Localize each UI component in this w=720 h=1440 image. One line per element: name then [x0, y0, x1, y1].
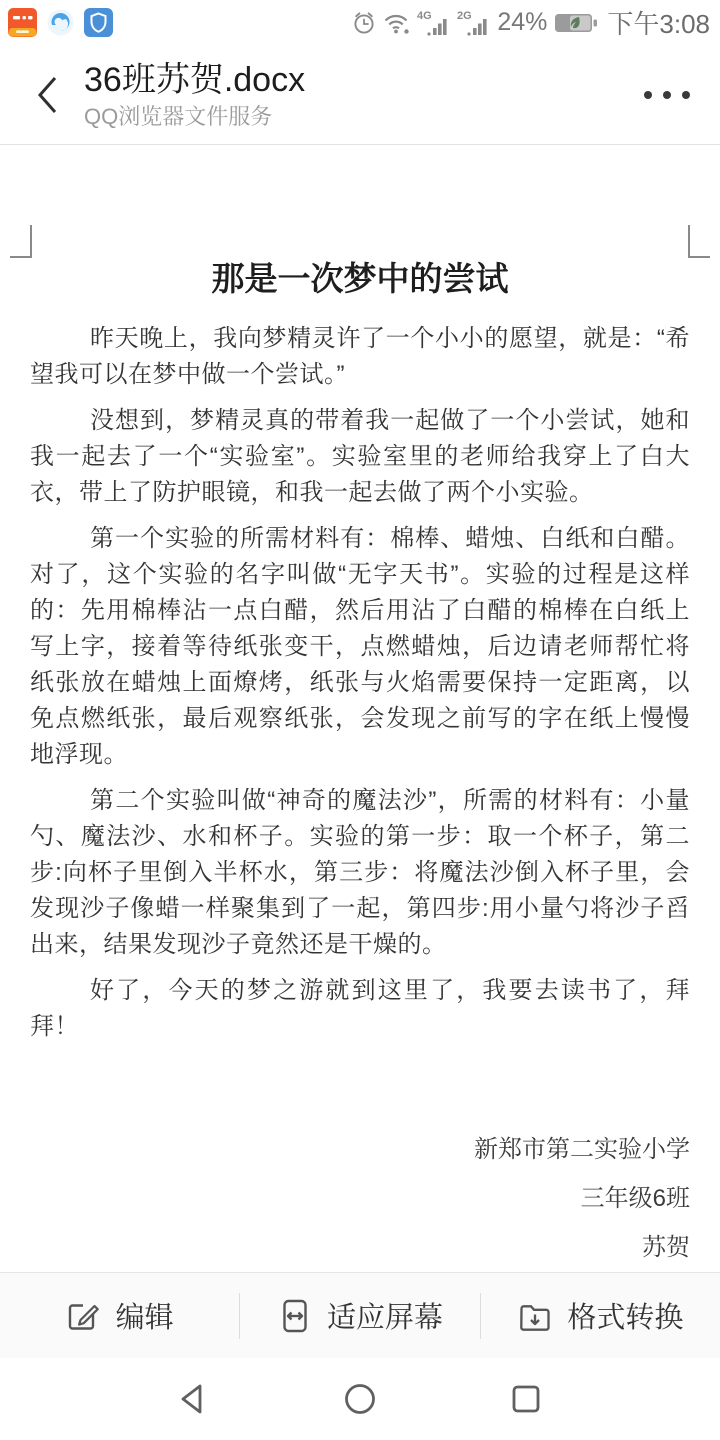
edit-button[interactable]: 编辑: [0, 1273, 239, 1358]
file-viewer-header: 36班苏贺.docx QQ浏览器文件服务: [0, 45, 720, 145]
edit-pencil-icon: [66, 1298, 102, 1334]
sim2-network-label: 2G: [457, 10, 472, 22]
android-nav-bar: [0, 1358, 720, 1440]
file-title-block: 36班苏贺.docx QQ浏览器文件服务: [84, 59, 634, 130]
status-indicators: 4G 2G 24% 下午3:08: [352, 4, 710, 41]
status-bar: 4G 2G 24% 下午3:08: [0, 0, 720, 45]
news-app-icon: [8, 8, 37, 37]
back-button[interactable]: [34, 73, 64, 117]
clock-time: 下午3:08: [607, 4, 710, 41]
essay-paragraph: 没想到，梦精灵真的带着我一起做了一个小尝试，她和我一起去了一个“实验室”。实验室…: [30, 403, 690, 511]
browser-app-icon: [46, 8, 75, 37]
security-shield-app-icon: [84, 8, 113, 37]
signal-sim2-icon: 2G: [457, 9, 490, 36]
sim1-network-label: 4G: [417, 10, 432, 22]
edit-label: 编辑: [116, 1295, 174, 1336]
format-convert-icon: [517, 1298, 553, 1334]
ellipsis-icon: [644, 91, 652, 99]
essay-signature: 新郑市第二实验小学 三年级6班 苏贺: [0, 1125, 720, 1272]
essay-title: 那是一次梦中的尝试: [30, 259, 690, 299]
signal-sim1-icon: 4G: [417, 9, 450, 36]
nav-home-button[interactable]: [340, 1379, 380, 1419]
file-name: 36班苏贺.docx: [84, 59, 634, 101]
notification-icons: [8, 8, 113, 37]
battery-saver-icon: [554, 11, 598, 35]
file-source-subtitle: QQ浏览器文件服务: [84, 104, 634, 130]
fit-screen-button[interactable]: 适应屏幕: [240, 1273, 479, 1358]
signature-school: 新郑市第二实验小学: [0, 1125, 690, 1174]
nav-recents-button[interactable]: [506, 1379, 546, 1419]
chevron-left-icon: [34, 74, 60, 116]
essay-paragraph: 第二个实验叫做“神奇的魔法沙”，所需的材料有：小量勺、魔法沙、水和杯子。实验的第…: [30, 783, 690, 963]
fit-screen-label: 适应屏幕: [327, 1295, 443, 1336]
essay-paragraph: 第一个实验的所需材料有：棉棒、蜡烛、白纸和白醋。对了，这个实验的名字叫做“无字天…: [30, 521, 690, 773]
battery-percent: 24%: [497, 8, 547, 37]
more-menu-button[interactable]: [634, 81, 690, 109]
alarm-icon: [352, 10, 376, 36]
page-corner-mark-left: [10, 225, 32, 258]
wifi-icon: [383, 11, 410, 35]
phone-screen: 4G 2G 24% 下午3:08: [0, 0, 720, 1440]
nav-home-circle-icon: [340, 1379, 380, 1419]
format-convert-label: 格式转换: [567, 1295, 683, 1336]
signature-name: 苏贺: [0, 1223, 690, 1272]
essay-paragraph: 昨天晚上，我向梦精灵许了一个小小的愿望，就是：“希望我可以在梦中做一个尝试。”: [30, 321, 690, 393]
fit-screen-icon: [277, 1298, 313, 1334]
nav-back-button[interactable]: [174, 1379, 214, 1419]
format-convert-button[interactable]: 格式转换: [481, 1273, 720, 1358]
nav-recents-square-icon: [506, 1379, 546, 1419]
bottom-toolbar: 编辑 适应屏幕 格式转换: [0, 1272, 720, 1358]
nav-back-triangle-icon: [174, 1379, 214, 1419]
document-page[interactable]: 那是一次梦中的尝试 昨天晚上，我向梦精灵许了一个小小的愿望，就是：“希望我可以在…: [0, 145, 720, 1272]
essay-paragraph: 好了，今天的梦之游就到这里了，我要去读书了，拜拜！: [30, 973, 690, 1045]
signature-class: 三年级6班: [0, 1174, 690, 1223]
page-corner-mark-right: [688, 225, 710, 258]
